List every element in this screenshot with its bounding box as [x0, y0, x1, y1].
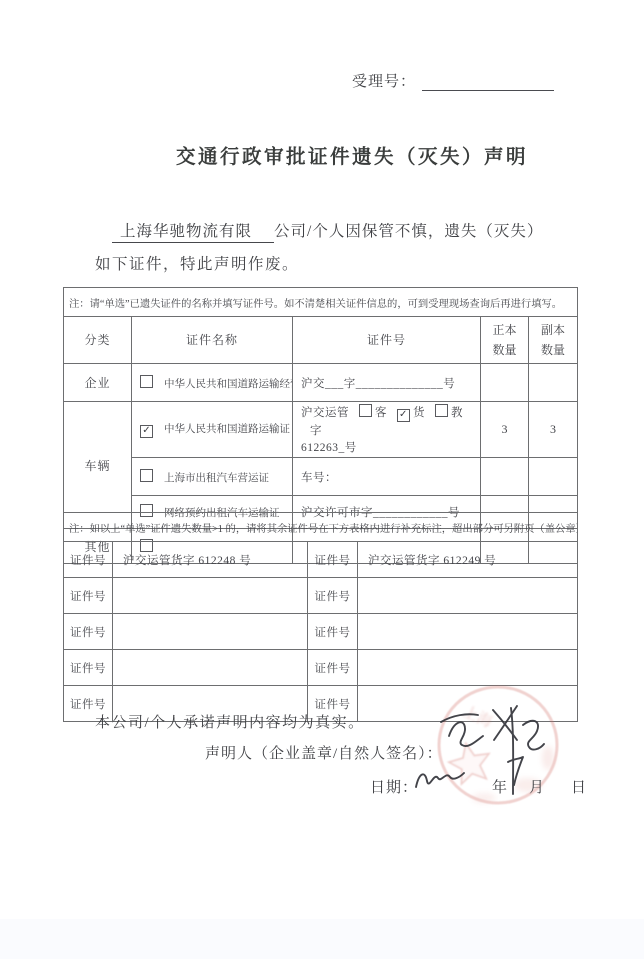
scanned-declaration-form: 受理号： 交通行政审批证件遗失（灭失）声明 上海华驰物流有限公司/个人因保管不慎…: [0, 0, 644, 959]
acceptance-number-line: 受理号：: [352, 70, 554, 91]
cert-number-value: 沪交运管货字 612248 号: [113, 542, 308, 578]
table-row: 证件号 证件号: [64, 650, 578, 686]
header-category: 分类: [64, 317, 132, 364]
promise-statement: 本公司/个人承诺声明内容均为真实。: [95, 711, 365, 732]
cert-number-label: 证件号: [64, 614, 113, 650]
category-enterprise: 企业: [64, 364, 132, 402]
cert-number-value: [113, 578, 308, 614]
original-count-value: [481, 458, 529, 496]
table-row: 车辆 ✓中华人民共和国道路运输证 沪交运管客✓货教字 612263_号 3 3: [64, 402, 578, 458]
cert-number-value: [358, 578, 578, 614]
table-row: 证件号 证件号: [64, 578, 578, 614]
header-copy-count: 副本数量: [529, 317, 578, 364]
cert-number-label: 证件号: [308, 542, 358, 578]
original-count-value: [481, 364, 529, 402]
cert-number-value: 沪交运管货字 612249 号: [358, 542, 578, 578]
intro-line-2: 如下证件，特此声明作废。: [95, 252, 299, 274]
header-cert-number: 证件号: [293, 317, 481, 364]
copy-count-value: [529, 364, 578, 402]
table-note-top: 注：请“单选”已遗失证件的名称并填写证件号。如不清楚相关证件信息的，可到受理现场…: [64, 288, 578, 317]
cert-number-value: [113, 614, 308, 650]
cert-name-text: 上海市出租汽车营运证: [164, 473, 269, 484]
checkbox-icon: [140, 375, 153, 388]
cert-number-label: 证件号: [64, 650, 113, 686]
category-vehicle: 车辆: [64, 402, 132, 529]
cert-name-text: 中华人民共和国道路运输证: [164, 424, 290, 435]
original-count-value: 3: [481, 402, 529, 458]
cert-number-label: 证件号: [64, 542, 113, 578]
option-training: 教: [451, 407, 463, 419]
cert-number-value: [358, 614, 578, 650]
cert-number-composite: 沪交运管客✓货教字 612263_号: [293, 402, 481, 458]
checkbox-checked-icon: ✓: [140, 425, 153, 438]
header-cert-name: 证件名称: [132, 317, 293, 364]
checkbox-icon: [359, 404, 372, 417]
cert-name-text: 中华人民共和国道路运输经营许可证: [164, 379, 293, 390]
cert-number-value: [113, 650, 308, 686]
cert-number-label: 证件号: [308, 578, 358, 614]
option-freight: 货: [413, 407, 425, 419]
intro-line-1: 上海华驰物流有限公司/个人因保管不慎，遗失（灭失）: [112, 219, 543, 243]
cert-number-label: 证件号: [308, 614, 358, 650]
option-passenger: 客: [375, 407, 387, 419]
cert-number-label: 证件号: [308, 650, 358, 686]
page-title: 交通行政审批证件遗失（灭失）声明: [60, 141, 644, 169]
table-row: 上海市出租汽车营运证 车号：: [64, 458, 578, 496]
checkbox-icon: [435, 404, 448, 417]
number-line2: 612263_号: [301, 439, 476, 455]
number-prefix: 沪交运管: [301, 407, 349, 419]
header-original-count: 正本数量: [481, 317, 529, 364]
acceptance-label: 受理号：: [352, 74, 416, 90]
table-row: 证件号 沪交运管货字 612248 号 证件号 沪交运管货字 612249 号: [64, 542, 578, 578]
declarer-company-name: 上海华驰物流有限: [112, 219, 274, 243]
intro-line-1-text: 公司/个人因保管不慎，遗失（灭失）: [274, 223, 543, 240]
table-row: 企业 中华人民共和国道路运输经营许可证 沪交___字______________…: [64, 364, 578, 402]
copy-count-value: [529, 458, 578, 496]
scan-edge-band: [0, 919, 644, 959]
cert-number-value: [358, 650, 578, 686]
cert-number-label: 证件号: [64, 578, 113, 614]
number-suffix: 字: [310, 425, 322, 437]
cert-number-text: 车号：: [293, 458, 481, 496]
acceptance-blank-underline: [422, 75, 554, 91]
table-note-bottom: 注：如以上“单选”证件遗失数量>1 的，请将其余证件号在下方表格内进行补充标注，…: [64, 513, 578, 542]
signature: [405, 692, 583, 804]
table-row: 证件号 证件号: [64, 614, 578, 650]
checkbox-checked-icon: ✓: [397, 409, 410, 422]
cert-number-text: 沪交___字______________号: [293, 364, 481, 402]
checkbox-icon: [140, 469, 153, 482]
copy-count-value: 3: [529, 402, 578, 458]
